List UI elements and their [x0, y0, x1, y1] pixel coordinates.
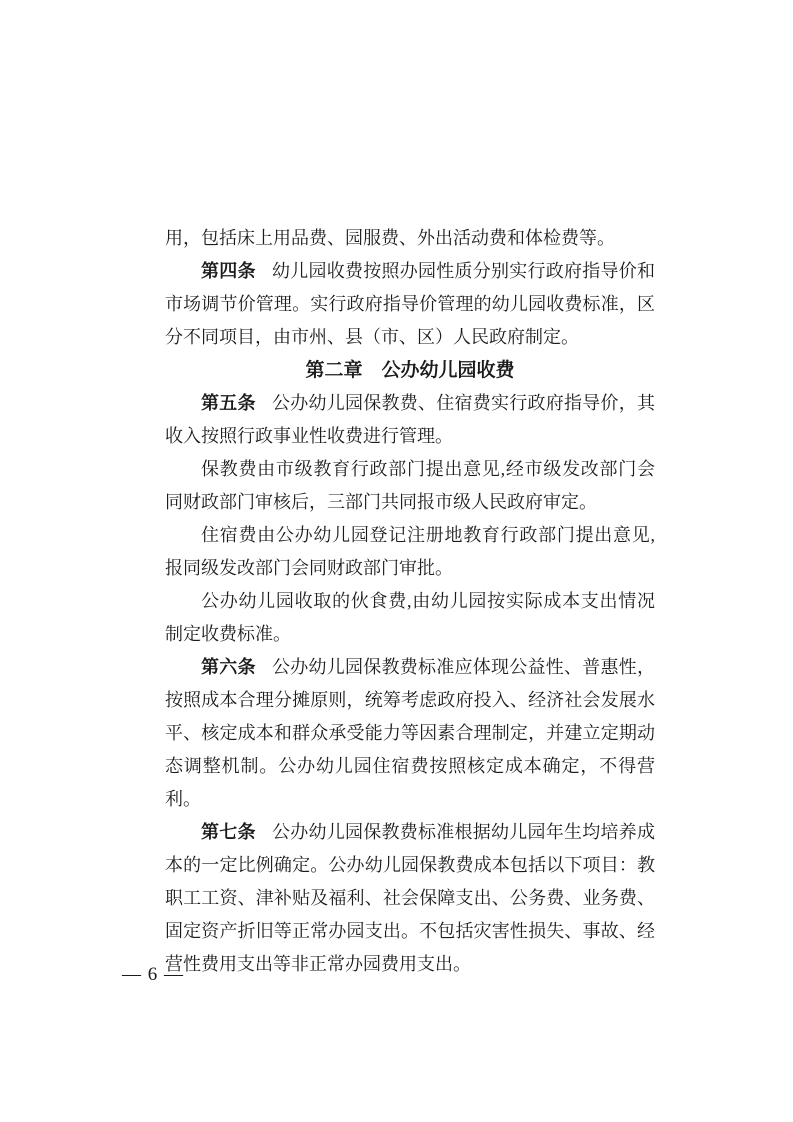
- article-6-number: 第六条: [201, 657, 256, 677]
- article-7-text: 公办幼儿园保教费标准根据幼儿园年生均培养成本的一定比例确定。公办幼儿园保教费成本…: [165, 822, 655, 974]
- article-5-number: 第五条: [201, 393, 256, 413]
- chapter-number: 第二章: [305, 360, 362, 381]
- page-number: — 6 —: [122, 962, 184, 988]
- paragraph-article-4: 第四条幼儿园收费按照办园性质分别实行政府指导价和市场调节价管理。实行政府指导价管…: [165, 255, 655, 354]
- paragraph-article-6: 第六条公办幼儿园保教费标准应体现公益性、普惠性，按照成本合理分摊原则，统筹考虑政…: [165, 651, 655, 816]
- paragraph-article-5: 第五条公办幼儿园保教费、住宿费实行政府指导价，其收入按照行政事业性收费进行管理。: [165, 387, 655, 453]
- paragraph-baojiaofei: 保教费由市级教育行政部门提出意见,经市级发改部门会同财政部门审核后，三部门共同报…: [165, 453, 655, 519]
- paragraph-huoshifei: 公办幼儿园收取的伙食费,由幼儿园按实际成本支出情况制定收费标准。: [165, 585, 655, 651]
- article-7-number: 第七条: [201, 822, 256, 842]
- chapter-heading: 第二章公办幼儿园收费: [165, 354, 655, 387]
- paragraph-continuation: 用，包括床上用品费、园服费、外出活动费和体检费等。: [165, 222, 655, 255]
- article-6-text: 公办幼儿园保教费标准应体现公益性、普惠性，按照成本合理分摊原则，统筹考虑政府投入…: [165, 657, 655, 809]
- paragraph-zhusufei: 住宿费由公办幼儿园登记注册地教育行政部门提出意见,报同级发改部门会同财政部门审批…: [165, 519, 655, 585]
- paragraph-article-7: 第七条公办幼儿园保教费标准根据幼儿园年生均培养成本的一定比例确定。公办幼儿园保教…: [165, 816, 655, 981]
- document-page: 用，包括床上用品费、园服费、外出活动费和体检费等。 第四条幼儿园收费按照办园性质…: [0, 0, 793, 1122]
- text-block: 用，包括床上用品费、园服费、外出活动费和体检费等。 第四条幼儿园收费按照办园性质…: [165, 222, 655, 981]
- article-4-number: 第四条: [201, 261, 256, 281]
- chapter-title: 公办幼儿园收费: [382, 360, 515, 381]
